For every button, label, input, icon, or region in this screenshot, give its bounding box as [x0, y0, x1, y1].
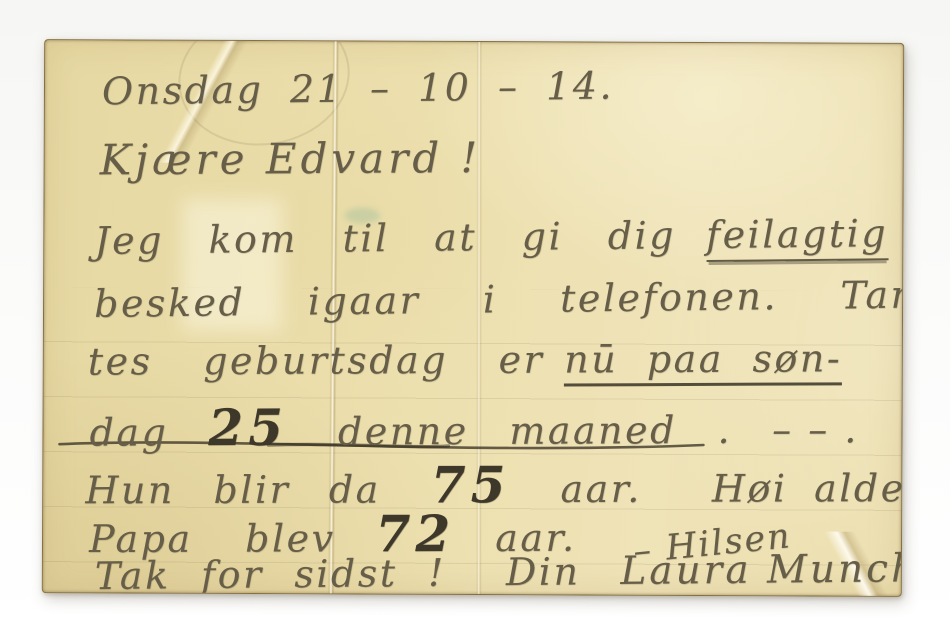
- body-line-4-rest: denne maaned .: [338, 408, 732, 454]
- body-line-3-text: tes geburtsdag er: [88, 338, 545, 384]
- body-line-3: tes geburtsdag ernū paa søn-: [88, 337, 843, 384]
- body-line-1-text: Jeg kom til at gi dig: [94, 213, 676, 263]
- date-line: Onsdag 21 – 10 – 14.: [102, 65, 614, 114]
- salutation: Kjære Edvard !: [100, 134, 482, 185]
- photo-background: Onsdag 21 – 10 – 14. Kjære Edvard ! Jeg …: [0, 0, 950, 633]
- body-line-1-underlined-word: feilagtig: [706, 211, 889, 262]
- birthday-date-number: 25: [208, 398, 288, 457]
- body-line-5-tail: Høi alder.: [712, 466, 904, 511]
- body-line-3-underlined-phrase: nū paa søn-: [564, 336, 842, 386]
- body-line-4-dashes: – – .: [772, 407, 859, 451]
- closing-from: Din: [506, 549, 581, 594]
- thanks-phrase: Tak for sidst !: [95, 551, 446, 597]
- closing-line: Tak for sidst !DinLaura Munch: [95, 547, 905, 597]
- body-line-1: Jeg kom til at gi digfeilagtig: [94, 212, 888, 263]
- body-line-4-word: dag: [89, 410, 168, 454]
- postcard: Onsdag 21 – 10 – 14. Kjære Edvard ! Jeg …: [42, 39, 904, 597]
- body-line-2: besked igaar i telefonen. Tan-: [94, 273, 904, 326]
- body-line-4: dag25denne maaned .– – .: [89, 396, 859, 457]
- signature: Laura Munch: [620, 546, 904, 594]
